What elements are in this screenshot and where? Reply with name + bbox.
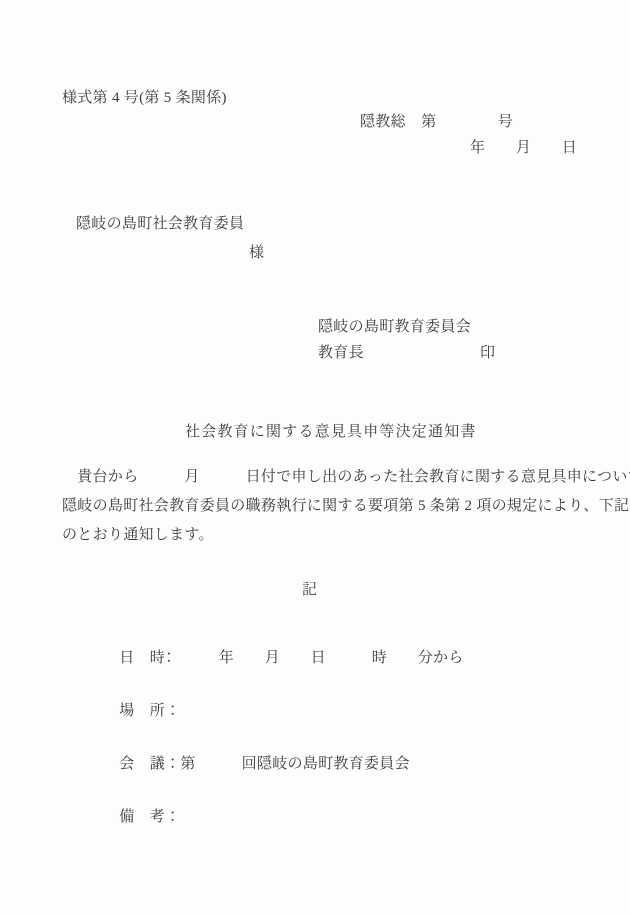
date-line: 年 月 日 — [470, 138, 577, 158]
body-line-2: 隠岐の島町社会教育委員の職務執行に関する要項第 5 条第 2 項の規定により、下… — [62, 496, 629, 516]
item-row-remarks: 備 考： — [103, 787, 180, 847]
item-label-meeting: 会 議： — [119, 756, 180, 772]
item-label-datetime: 日 時： — [119, 650, 173, 666]
item-row-datetime: 日 時： 年 月 日 時 分から — [103, 628, 464, 688]
item-label-remarks: 備 考： — [119, 809, 180, 825]
item-row-meeting: 会 議：第 回隠岐の島町教育委員会 — [103, 734, 410, 794]
doc-number-line: 隠教総 第 号 — [360, 112, 513, 132]
sender-organization: 隠岐の島町教育委員会 — [318, 317, 471, 337]
item-label-place: 場 所： — [119, 703, 180, 719]
addressee-honorific: 様 — [249, 243, 264, 263]
form-number: 様式第 4 号(第 5 条関係) — [62, 88, 227, 108]
item-row-place: 場 所： — [103, 681, 180, 741]
addressee: 隠岐の島町社会教育委員 — [76, 214, 244, 234]
body-line-3: のとおり通知します。 — [62, 525, 214, 545]
item-value-meeting: 第 回隠岐の島町教育委員会 — [180, 756, 410, 772]
document-title: 社会教育に関する意見具申等決定通知書 — [185, 422, 477, 442]
sender-title: 教育長 — [318, 343, 364, 363]
document-page: 様式第 4 号(第 5 条関係) 隠教総 第 号 年 月 日 隠岐の島町社会教育… — [0, 0, 630, 915]
body-line-1: 貴台から 月 日付で申し出のあった社会教育に関する意見具申について、 — [62, 467, 630, 487]
record-marker: 記 — [302, 580, 317, 600]
item-value-datetime: 年 月 日 時 分から — [173, 650, 464, 666]
seal-mark: 印 — [480, 343, 495, 363]
